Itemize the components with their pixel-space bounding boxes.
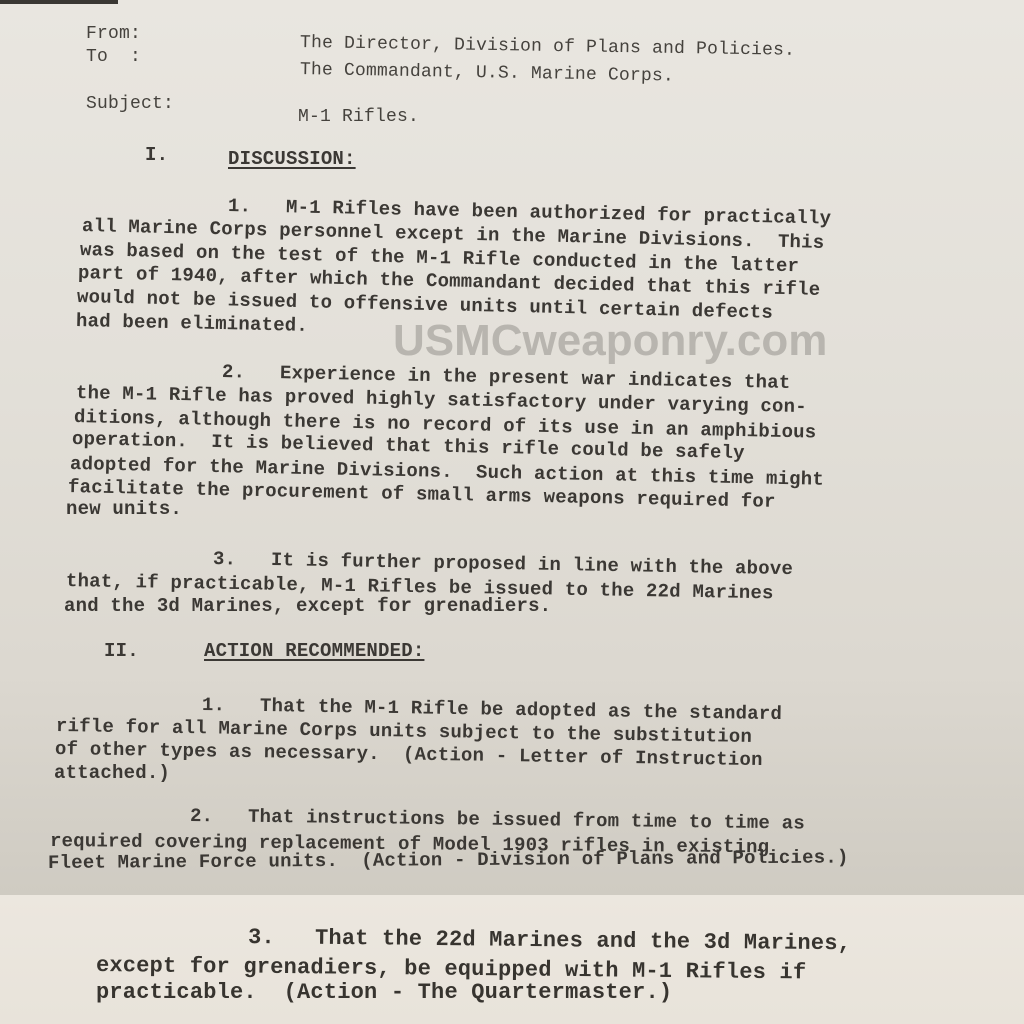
- subject-value: M-1 Rifles.: [298, 107, 419, 127]
- text-line: attached.): [54, 762, 170, 784]
- section-2-numeral: II.: [104, 640, 139, 662]
- section-2-title: ACTION RECOMMENDED:: [204, 640, 424, 662]
- to-label: To :: [86, 47, 141, 67]
- text-line: practicable. (Action - The Quartermaster…: [96, 980, 672, 1005]
- top-rule: [0, 0, 118, 4]
- subject-label: Subject:: [86, 94, 174, 114]
- from-label: From:: [86, 24, 141, 44]
- watermark: USMCweaponry.com: [393, 316, 827, 366]
- text-line: and the 3d Marines, except for grenadier…: [64, 595, 551, 617]
- section-1-title: DISCUSSION:: [228, 148, 356, 170]
- section-1-numeral: I.: [145, 144, 168, 166]
- text-line: new units.: [66, 498, 182, 520]
